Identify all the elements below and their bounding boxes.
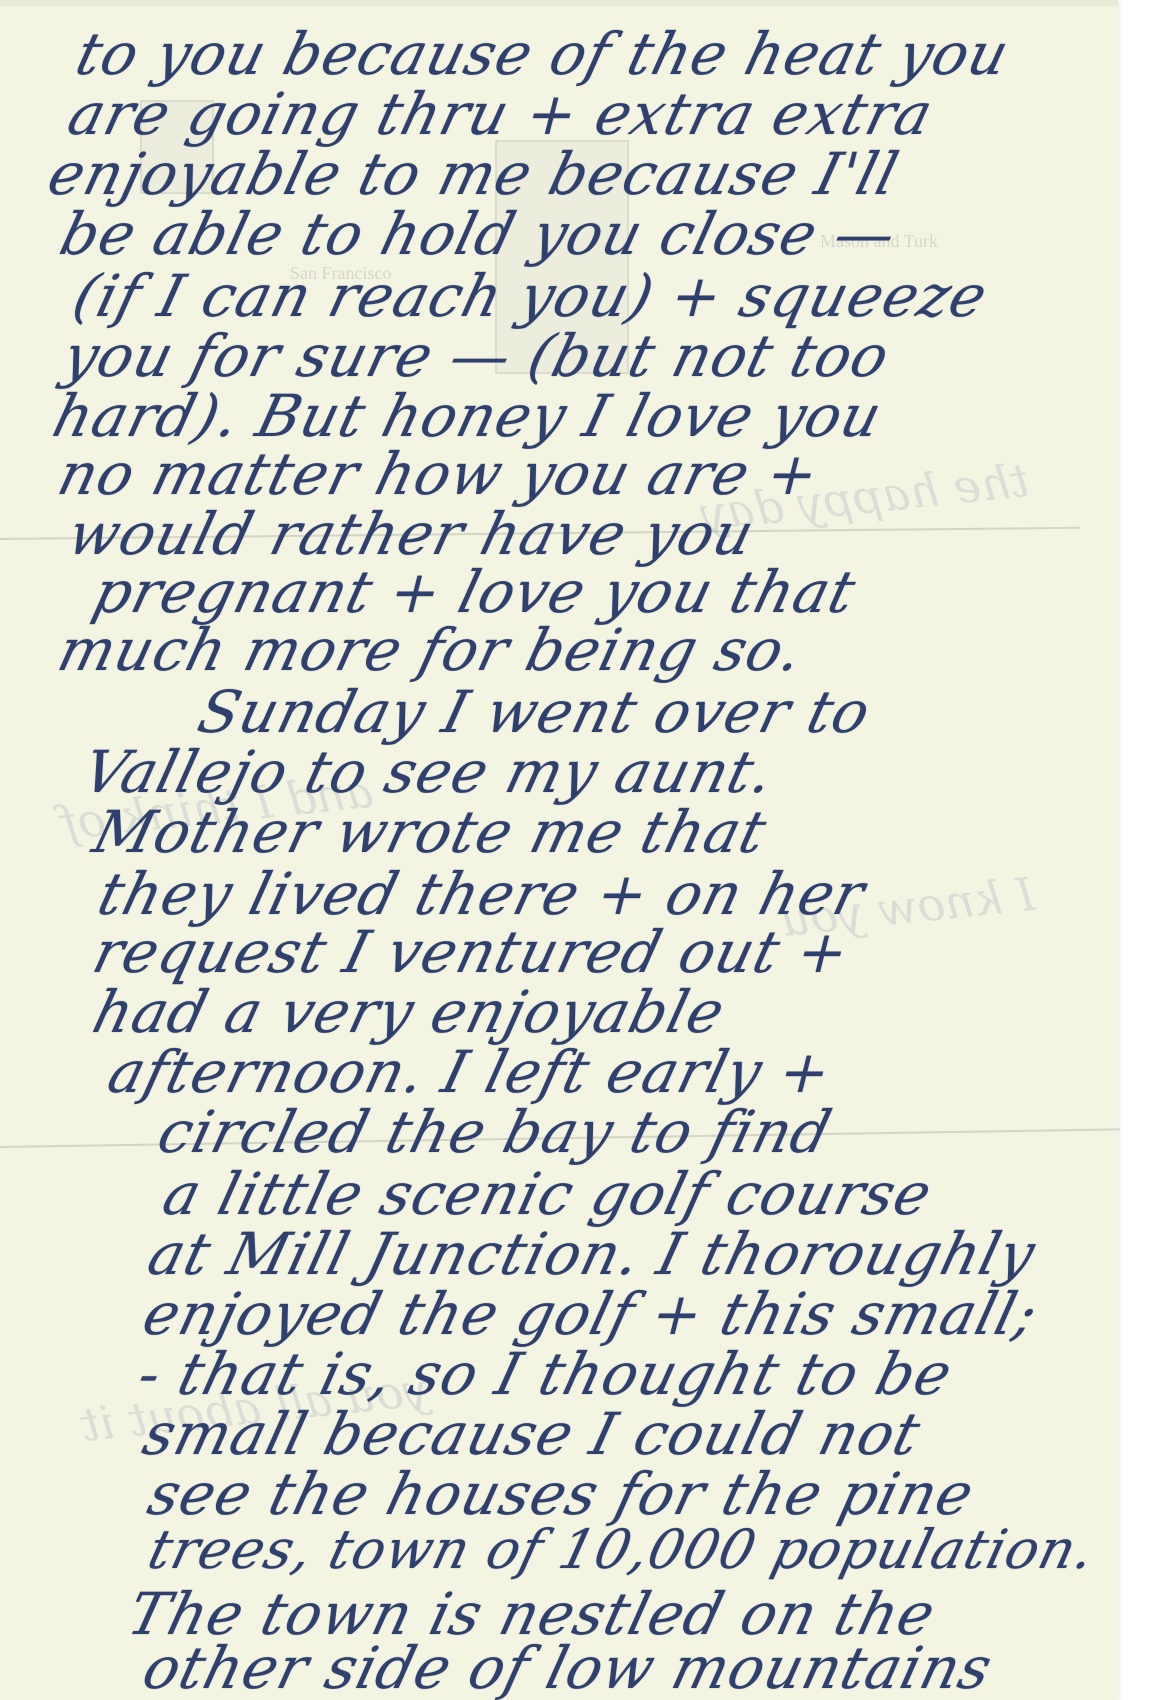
- text-line: are going thru + extra extra: [62, 80, 940, 148]
- text-line: circled the bay to find: [152, 1098, 839, 1166]
- text-line: Mother wrote me that: [87, 798, 774, 866]
- text-line: request I ventured out +: [87, 918, 857, 986]
- text-line: a little scenic golf course: [157, 1160, 939, 1228]
- text-line: Sunday I went over to: [192, 678, 878, 746]
- text-line: you for sure — (but not too: [57, 322, 897, 390]
- text-line: had a very enjoyable: [87, 978, 732, 1046]
- letter-page: Mason and Turk San Francisco the happy d…: [0, 0, 1118, 1700]
- text-line: Vallejo to see my aunt.: [77, 738, 782, 806]
- text-line: other side of low mountains: [137, 1634, 1000, 1700]
- text-line: at Mill Junction. I thoroughly: [142, 1220, 1043, 1288]
- text-line: small because I could not: [137, 1400, 928, 1468]
- text-line: enjoyed the golf + this small;: [137, 1280, 1046, 1348]
- text-line: no matter how you are +: [52, 440, 827, 508]
- text-line: enjoyable to me because I'll: [42, 140, 906, 208]
- text-line: (if I can reach you) + squeeze: [67, 262, 995, 330]
- text-line: trees, town of 10,000 population.: [142, 1518, 1102, 1581]
- text-line: afternoon. I left early +: [102, 1038, 839, 1106]
- text-line: - that is, so I thought to be: [132, 1340, 960, 1408]
- text-line: be able to hold you close —: [54, 200, 904, 268]
- text-line: much more for being so.: [52, 616, 811, 684]
- handwritten-text: to you because of the heat you are going…: [0, 0, 1118, 1700]
- text-line: to you because of the heat you: [70, 20, 1017, 88]
